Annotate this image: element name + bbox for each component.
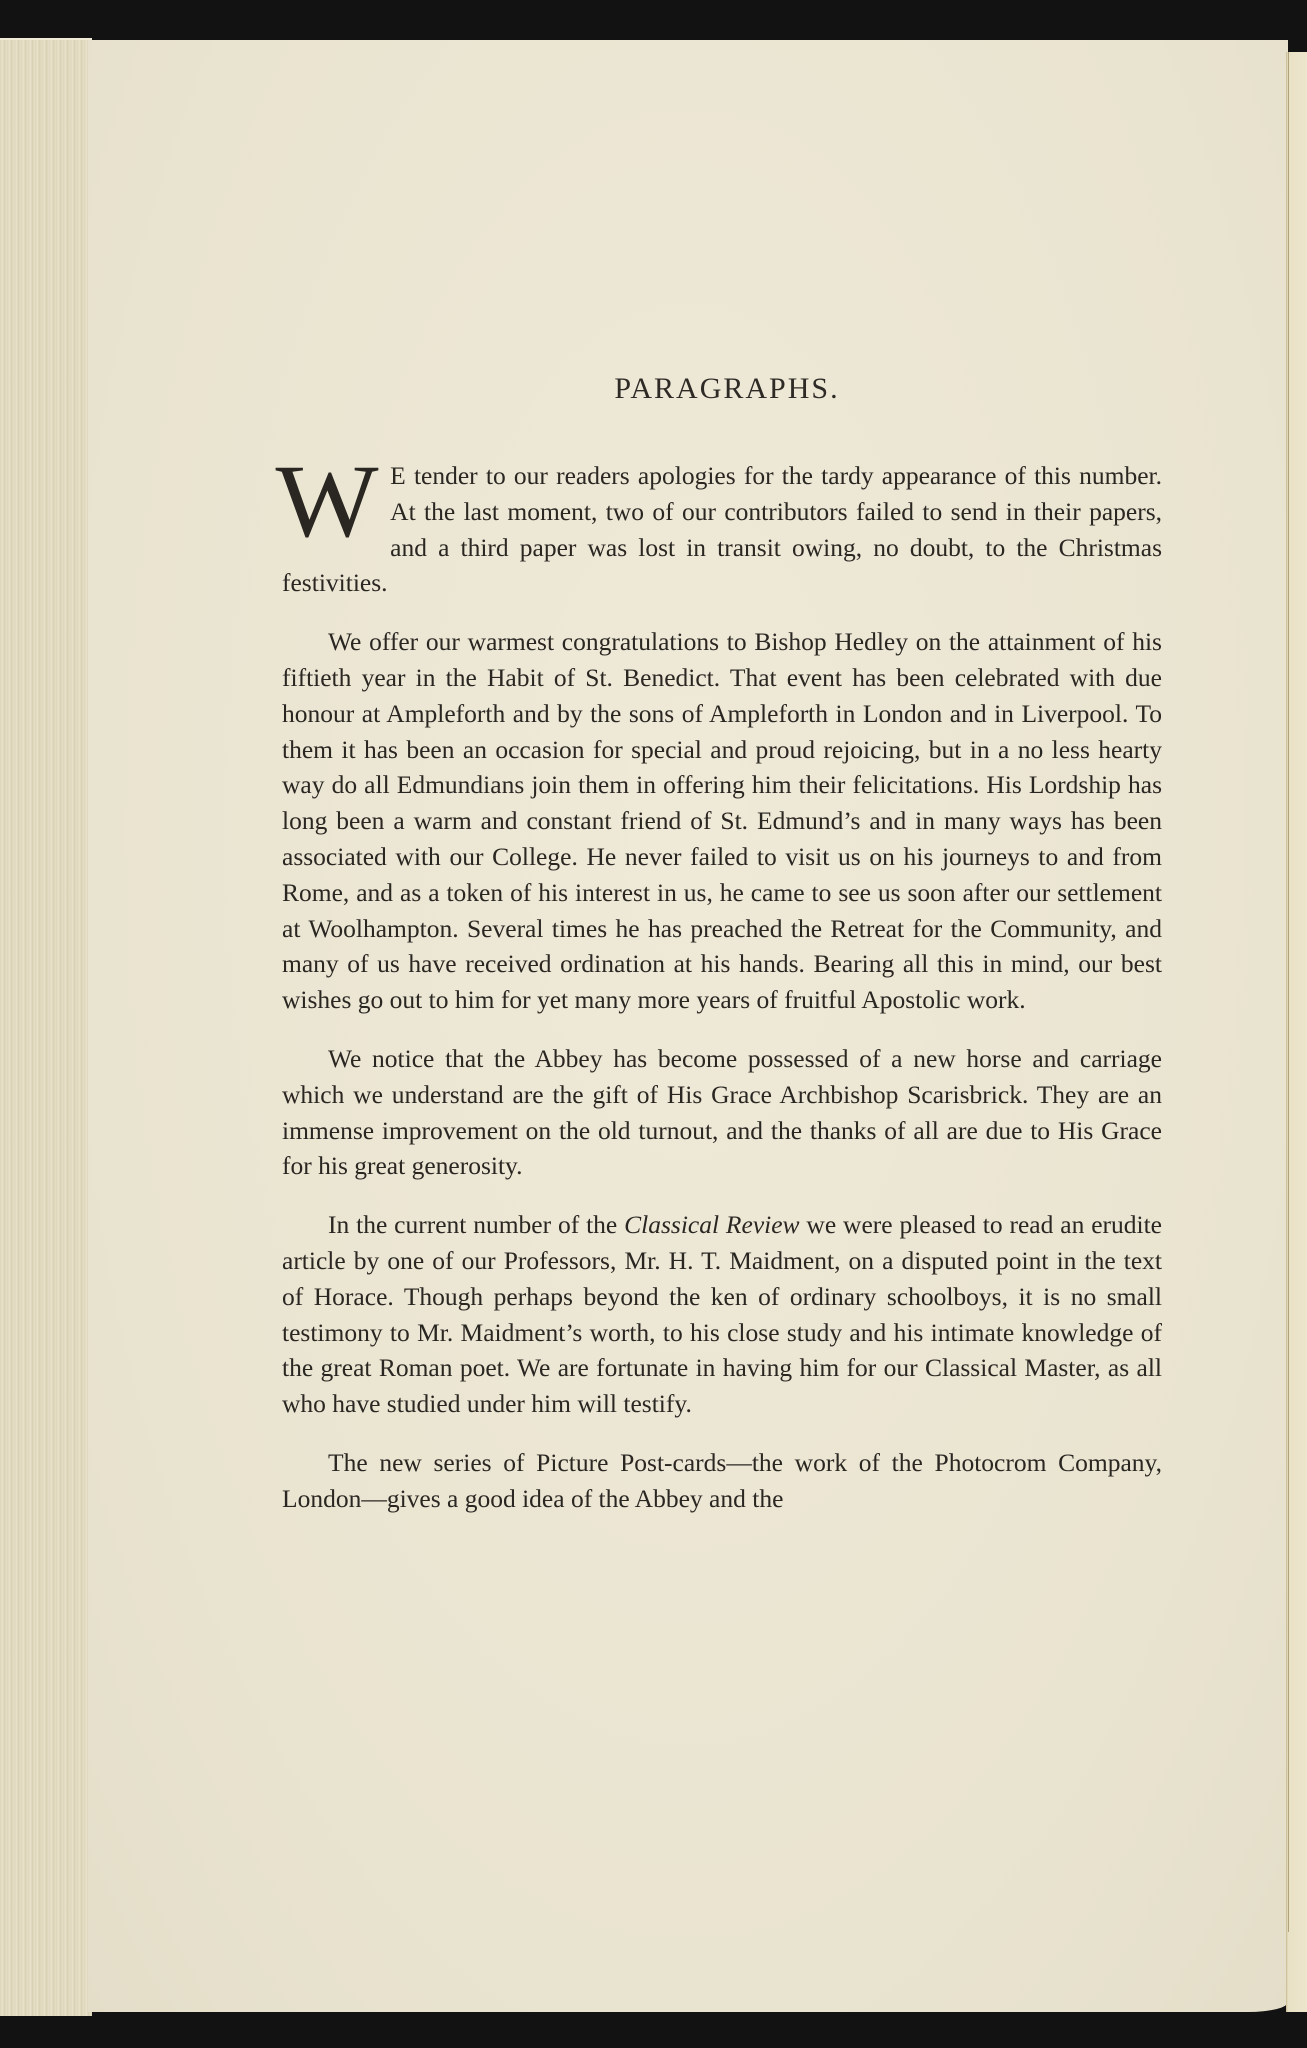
paragraph-3: We notice that the Abbey has become poss…	[282, 1041, 1162, 1184]
paragraph-text-before: In the current number of the	[328, 1210, 624, 1239]
paragraph-2: We offer our warmest congratulations to …	[282, 624, 1162, 1018]
paragraph-1: WE tender to our readers apologies for t…	[282, 380, 1162, 601]
paragraph-text: E tender to our readers apologies for th…	[282, 461, 1162, 597]
paragraph-5: The new series of Picture Post-cards—the…	[282, 1445, 1162, 1517]
journal-title-italic: Classical Review	[624, 1210, 799, 1239]
page-fold-line	[1288, 52, 1289, 1932]
paragraph-4: In the current number of the Classical R…	[282, 1207, 1162, 1422]
drop-cap: W	[276, 462, 379, 542]
article-body: WE tender to our readers apologies for t…	[282, 380, 1162, 1540]
paragraph-text-after: we were pleased to read an erudite artic…	[282, 1210, 1162, 1418]
facing-page-edge	[1286, 52, 1307, 2012]
page-stack-edges	[0, 38, 92, 2016]
